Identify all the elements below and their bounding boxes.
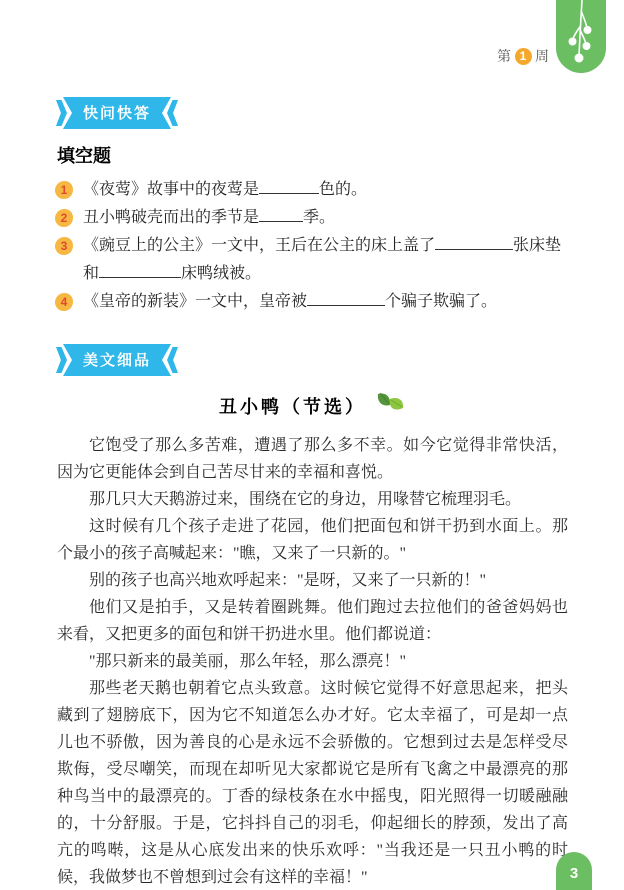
- week-prefix: 第: [497, 46, 512, 66]
- story-paragraph: 那些老天鹅也朝着它点头致意。这时候它觉得不好意思起来，把头藏到了翅膀底下，因为它…: [57, 675, 568, 890]
- ribbon-chevron-right-icon: [167, 347, 178, 373]
- week-suffix: 周: [535, 46, 550, 66]
- blank-line: [99, 261, 181, 278]
- story-paragraph: 它饱受了那么多苦难，遭遇了那么多不幸。如今它觉得非常快活，因为它更能体会到自己苦…: [57, 432, 568, 486]
- corner-tab: [556, 0, 606, 73]
- question-4-number-badge: 4: [55, 293, 73, 311]
- section-badge-quick-qa: 快问快答: [63, 97, 171, 129]
- story-paragraph: 那几只大天鹅游过来，围绕在它的身边，用喙替它梳理羽毛。: [57, 486, 568, 513]
- double-leaf-icon: [374, 391, 406, 420]
- question-2-text-post: 季。: [303, 209, 335, 226]
- question-3-number-badge: 3: [55, 237, 73, 255]
- section-badge-reading: 美文细品: [63, 344, 171, 376]
- section-badge-label: 快问快答: [63, 97, 171, 129]
- question-3-line1-post: 张床垫: [513, 237, 561, 254]
- fill-in-blank-heading: 填空题: [57, 142, 568, 168]
- question-4: 4 《皇帝的新装》一文中，皇帝被个骗子欺骗了。: [57, 288, 568, 316]
- blank-line: [259, 177, 319, 194]
- story-body: 它饱受了那么多苦难，遭遇了那么多不幸。如今它觉得非常快活，因为它更能体会到自己苦…: [57, 432, 568, 890]
- question-3-line2-pre: 和: [83, 265, 99, 282]
- ribbon-chevron-left-icon: [56, 347, 67, 373]
- blank-line: [307, 289, 385, 306]
- story-paragraph: 别的孩子也高兴地欢呼起来："是呀，又来了一只新的！": [57, 567, 568, 594]
- question-3-line2-post: 床鸭绒被。: [181, 265, 261, 282]
- story-paragraph: 他们又是拍手，又是转着圈跳舞。他们跑过去拉他们的爸爸妈妈也来看，又把更多的面包和…: [57, 594, 568, 648]
- question-1-number-badge: 1: [55, 181, 73, 199]
- week-label: 第 1 周: [497, 46, 550, 66]
- page-number-badge: 3: [556, 852, 592, 890]
- workbook-page: { "header": { "week_prefix": "第", "week_…: [0, 0, 624, 890]
- week-number-badge: 1: [515, 48, 532, 65]
- branch-berries-icon: [556, 60, 606, 77]
- question-3-line1-pre: 《豌豆上的公主》一文中，王后在公主的床上盖了: [83, 237, 435, 254]
- page-content: 快问快答 填空题 1 《夜莺》故事中的夜莺是色的。 2 丑小鸭破壳而出的季节是季…: [0, 0, 624, 890]
- section-badge-label: 美文细品: [63, 344, 171, 376]
- question-2: 2 丑小鸭破壳而出的季节是季。: [57, 204, 568, 232]
- ribbon-chevron-left-icon: [56, 100, 67, 126]
- question-2-text-pre: 丑小鸭破壳而出的季节是: [83, 209, 259, 226]
- question-2-number-badge: 2: [55, 209, 73, 227]
- question-4-text-post: 个骗子欺骗了。: [385, 293, 497, 310]
- question-1-text-pre: 《夜莺》故事中的夜莺是: [83, 181, 259, 198]
- story-paragraph: 这时候有几个孩子走进了花园，他们把面包和饼干扔到水面上。那个最小的孩子高喊起来：…: [57, 513, 568, 567]
- story-title-row: 丑小鸭（节选）: [57, 391, 568, 420]
- blank-line: [259, 205, 303, 222]
- question-1-text-post: 色的。: [319, 181, 367, 198]
- question-3: 3 《豌豆上的公主》一文中，王后在公主的床上盖了张床垫 和床鸭绒被。: [57, 232, 568, 288]
- ribbon-chevron-right-icon: [167, 100, 178, 126]
- question-list: 1 《夜莺》故事中的夜莺是色的。 2 丑小鸭破壳而出的季节是季。 3 《豌豆上的…: [57, 176, 568, 316]
- story-paragraph: "那只新来的最美丽，那么年轻，那么漂亮！": [57, 648, 568, 675]
- question-4-text-pre: 《皇帝的新装》一文中，皇帝被: [83, 293, 307, 310]
- question-1: 1 《夜莺》故事中的夜莺是色的。: [57, 176, 568, 204]
- story-title: 丑小鸭（节选）: [219, 393, 366, 419]
- blank-line: [435, 233, 513, 250]
